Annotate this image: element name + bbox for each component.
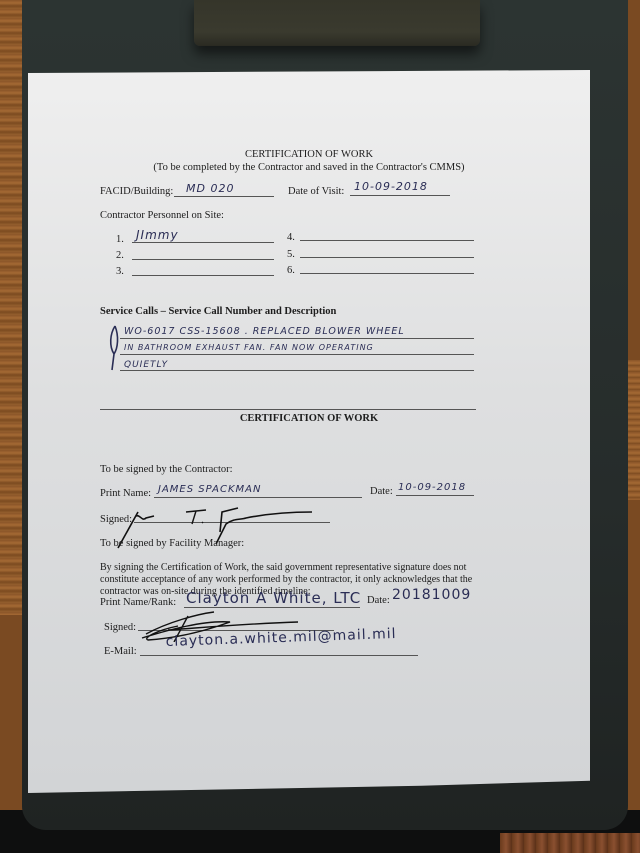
contractor-date-label: Date: bbox=[370, 486, 393, 497]
service-call-line-3[interactable]: QUIETLY bbox=[124, 360, 168, 370]
fm-print-name-value[interactable]: Clayton A White, LTC bbox=[186, 589, 361, 607]
facid-value[interactable]: MD 020 bbox=[186, 182, 234, 195]
form-title: CERTIFICATION OF WORK bbox=[28, 149, 590, 160]
personnel-number: 5. bbox=[287, 249, 295, 260]
disclaimer-line-2: constitute acceptance of any work perfor… bbox=[100, 574, 472, 585]
facid-label: FACID/Building: bbox=[100, 186, 173, 197]
facility-section-label: To be signed by Facility Manager: bbox=[100, 538, 244, 549]
personnel-number: 2. bbox=[116, 250, 124, 261]
service-call-line-2[interactable]: IN BATHROOM EXHAUST FAN. FAN NOW OPERATI… bbox=[124, 343, 374, 352]
facid-line bbox=[174, 196, 274, 197]
contractor-date-value[interactable]: 10-09-2018 bbox=[398, 482, 466, 493]
personnel-line[interactable] bbox=[132, 275, 274, 276]
contractor-date-line bbox=[396, 495, 474, 496]
service-calls-heading: Service Calls – Service Call Number and … bbox=[100, 306, 336, 317]
date-of-visit-label: Date of Visit: bbox=[288, 186, 344, 197]
date-of-visit-value[interactable]: 10-09-2018 bbox=[354, 180, 428, 193]
personnel-number: 3. bbox=[116, 266, 124, 277]
service-line bbox=[120, 370, 474, 371]
margin-mark-icon bbox=[106, 324, 124, 374]
service-line bbox=[120, 354, 474, 355]
fm-print-name-label: Print Name/Rank: bbox=[100, 597, 176, 608]
fm-signed-label: Signed: bbox=[104, 622, 136, 633]
date-of-visit-line bbox=[350, 195, 450, 196]
fm-date-value[interactable]: 20181009 bbox=[392, 587, 471, 603]
service-call-line-1[interactable]: WO-6017 CSS-15608 . REPLACED BLOWER WHEE… bbox=[124, 326, 405, 337]
contractor-section-label: To be signed by the Contractor: bbox=[100, 464, 233, 475]
personnel-label: Contractor Personnel on Site: bbox=[100, 210, 224, 221]
disclaimer-line-1: By signing the Certification of Work, th… bbox=[100, 562, 466, 573]
section-divider bbox=[100, 409, 476, 410]
clipboard-clip bbox=[194, 0, 480, 46]
wooden-table-edge bbox=[500, 833, 640, 853]
contractor-print-name-label: Print Name: bbox=[100, 488, 151, 499]
service-line bbox=[120, 338, 474, 339]
personnel-number: 6. bbox=[287, 265, 295, 276]
personnel-number: 1. bbox=[116, 234, 124, 245]
personnel-line bbox=[132, 242, 274, 243]
personnel-name[interactable]: JImmy bbox=[136, 228, 179, 242]
personnel-line[interactable] bbox=[300, 240, 474, 241]
contractor-print-name-line bbox=[154, 497, 362, 498]
fm-email-line bbox=[140, 655, 418, 656]
personnel-line[interactable] bbox=[132, 259, 274, 260]
personnel-line[interactable] bbox=[300, 257, 474, 258]
form-subtitle: (To be completed by the Contractor and s… bbox=[28, 162, 590, 173]
certification-heading: CERTIFICATION OF WORK bbox=[28, 413, 590, 424]
personnel-line[interactable] bbox=[300, 273, 474, 274]
certification-form: CERTIFICATION OF WORK (To be completed b… bbox=[28, 70, 590, 793]
fm-email-label: E-Mail: bbox=[104, 646, 137, 657]
wooden-table-surface-right bbox=[626, 360, 640, 500]
contractor-print-name-value[interactable]: JAMES SPACKMAN bbox=[158, 484, 261, 495]
fm-date-label: Date: bbox=[367, 595, 390, 606]
personnel-number: 4. bbox=[287, 232, 295, 243]
